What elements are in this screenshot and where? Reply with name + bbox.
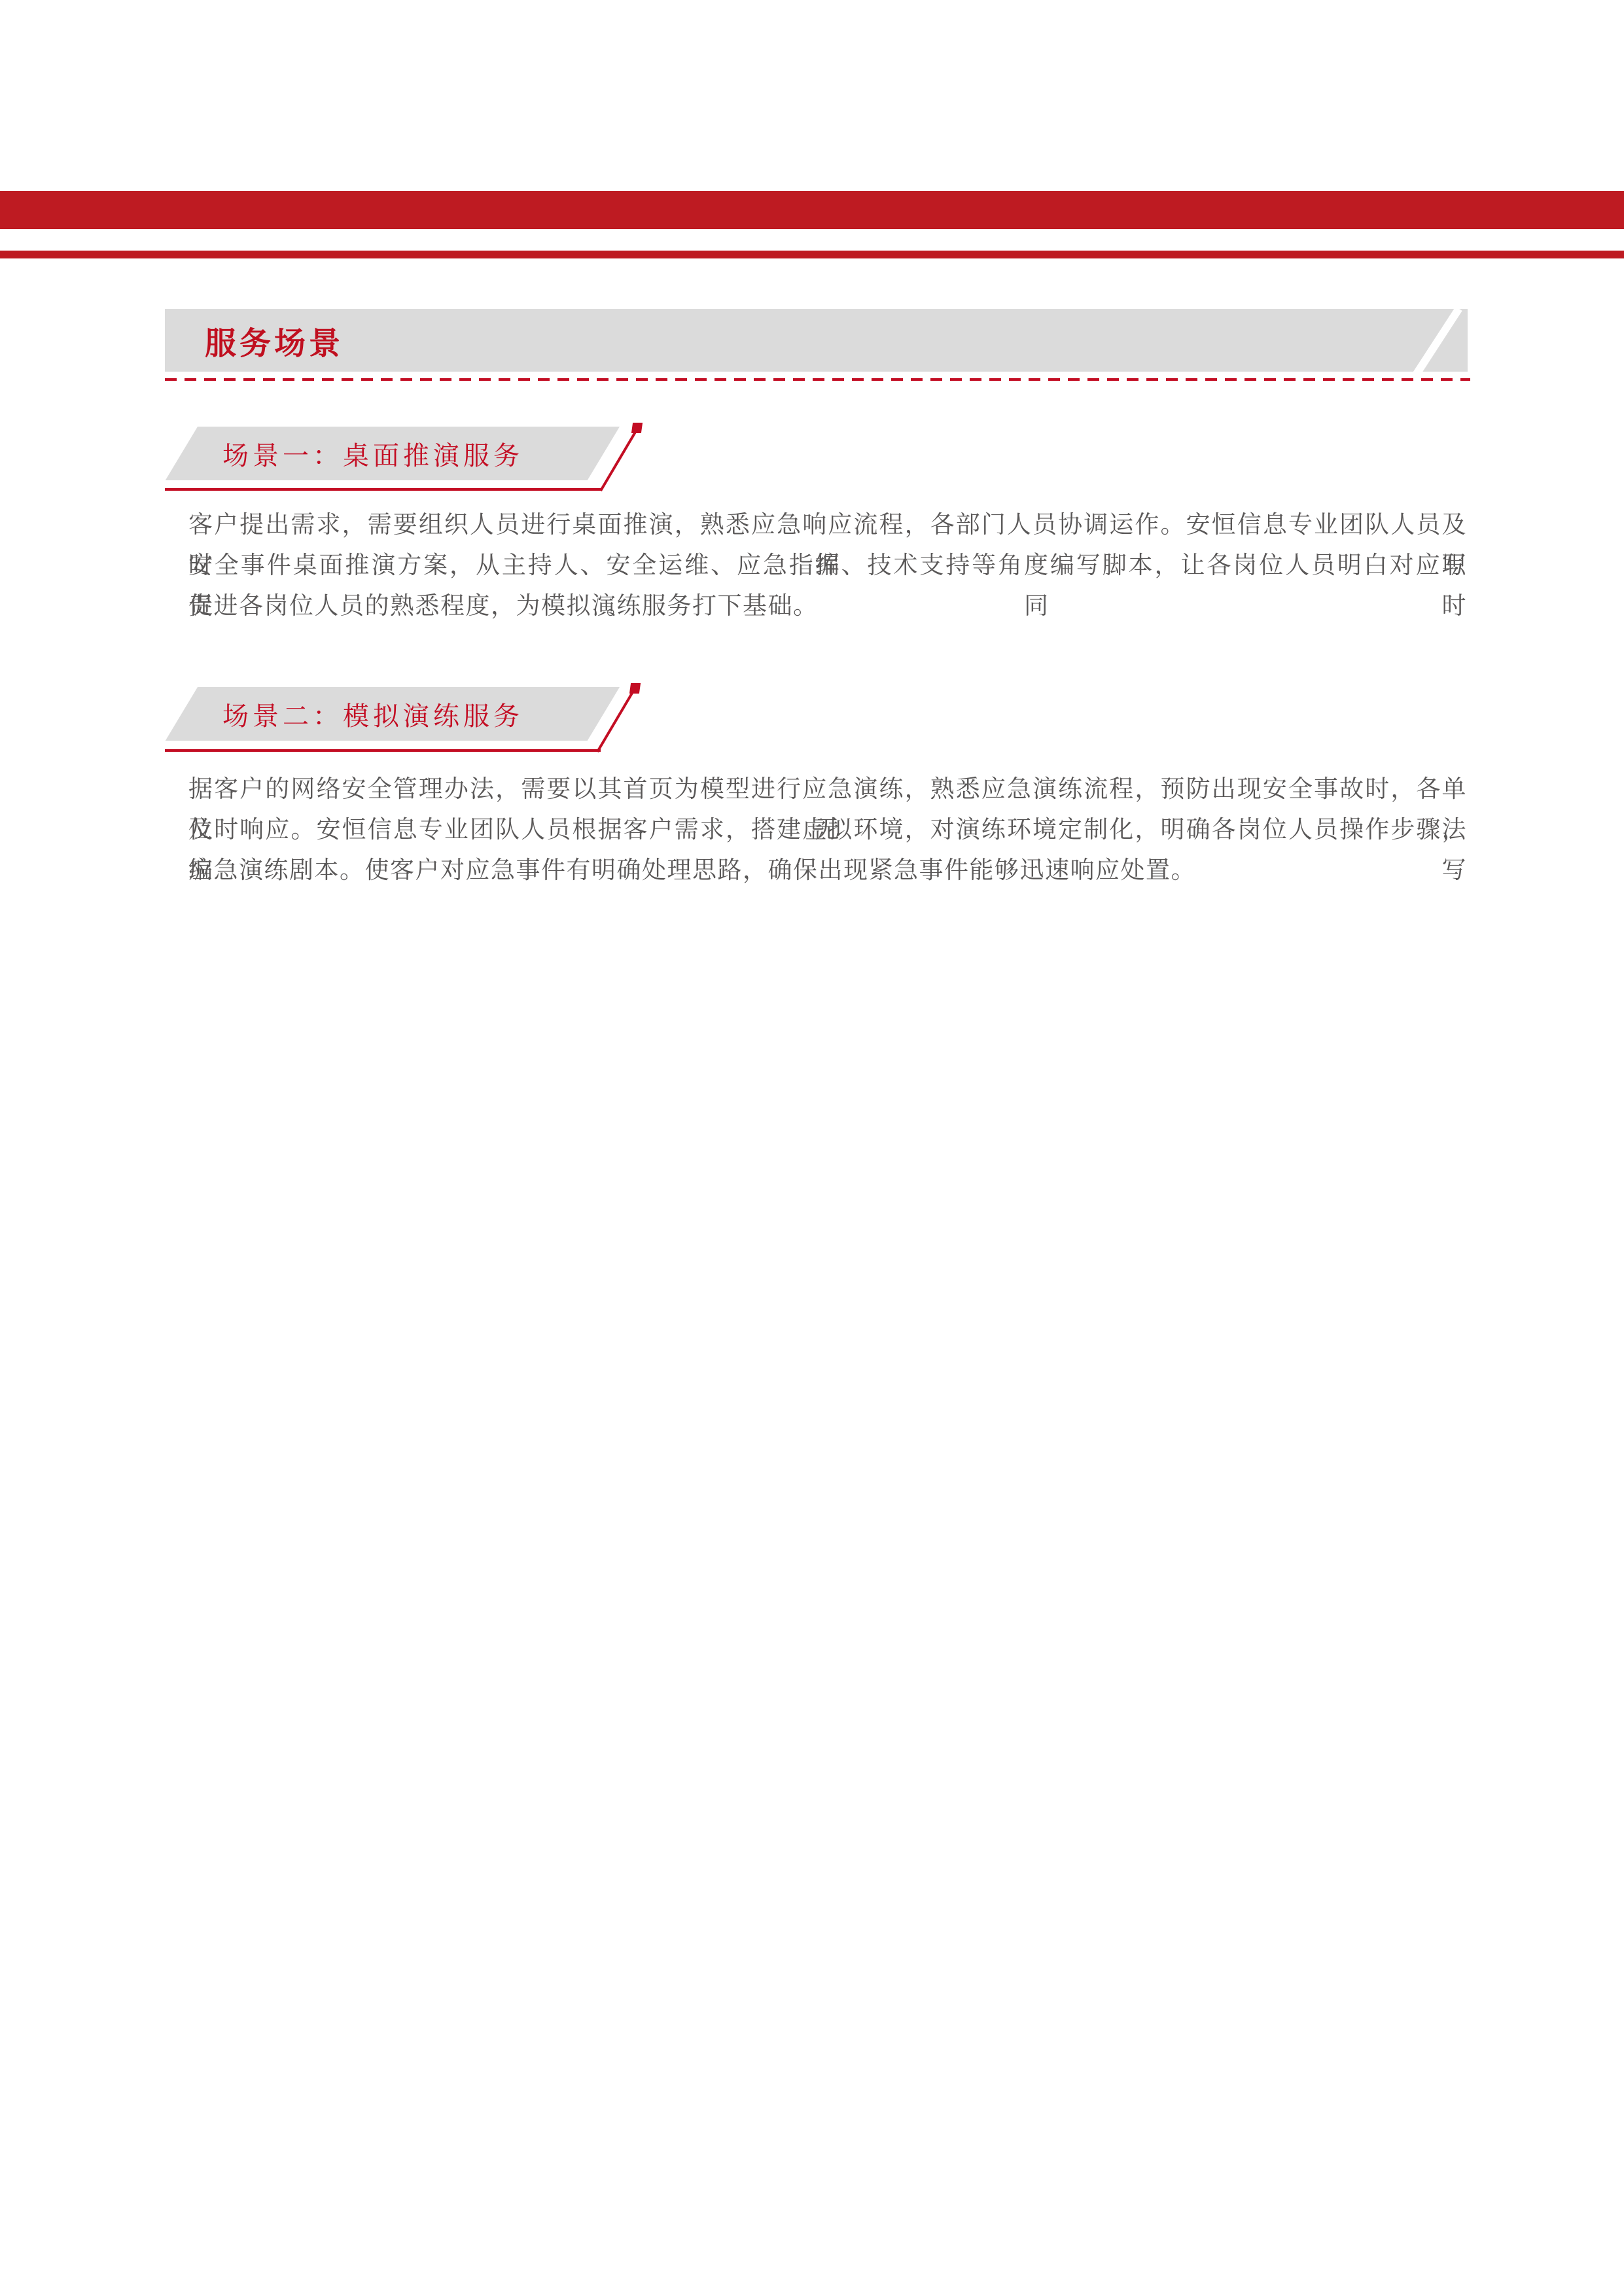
scenario-1-title: 场景一：桌面推演服务 — [222, 427, 523, 480]
document-page: 服务场景 场景一：桌面推演服务 客户提出需求，需要组织人员进行桌面推演，熟悉应急… — [0, 0, 1624, 2296]
scenario-1-paragraph-line-2: 安全事件桌面推演方案，从主持人、安全运维、应急指挥、技术支持等角度编写脚本，让各… — [188, 545, 1467, 586]
scenario-1-square-marker — [631, 423, 643, 433]
scenario-1-paragraph-line-3: 促进各岗位人员的熟悉程度，为模拟演练服务打下基础。 — [188, 586, 1467, 626]
scenario-2-paragraph-line-3: 应急演练剧本。使客户对应急事件有明确处理思路，确保出现紧急事件能够迅速响应处置。 — [188, 850, 1467, 891]
scenario-2-title: 场景二：模拟演练服务 — [222, 687, 523, 741]
scenario-1-underline — [165, 488, 601, 491]
banner-slash-decoration — [1413, 306, 1462, 376]
scenario-2-square-marker — [629, 683, 641, 694]
scenario-1-paragraph-line-1: 客户提出需求，需要组织人员进行桌面推演，熟悉应急响应流程，各部门人员协调运作。安… — [188, 504, 1467, 545]
section-header-banner: 服务场景 — [165, 309, 1468, 372]
scenario-2-paragraph-line-2: 及时响应。安恒信息专业团队人员根据客户需求，搭建虚拟环境，对演练环境定制化，明确… — [188, 809, 1467, 850]
dashed-divider — [165, 378, 1470, 381]
top-thick-red-rule — [0, 191, 1624, 229]
scenario-2-paragraph-line-1: 据客户的网络安全管理办法，需要以其首页为模型进行应急演练，熟悉应急演练流程，预防… — [188, 769, 1467, 809]
top-thin-red-rule — [0, 251, 1624, 258]
scenario-2-underline — [165, 749, 601, 752]
section-title: 服务场景 — [205, 309, 344, 372]
